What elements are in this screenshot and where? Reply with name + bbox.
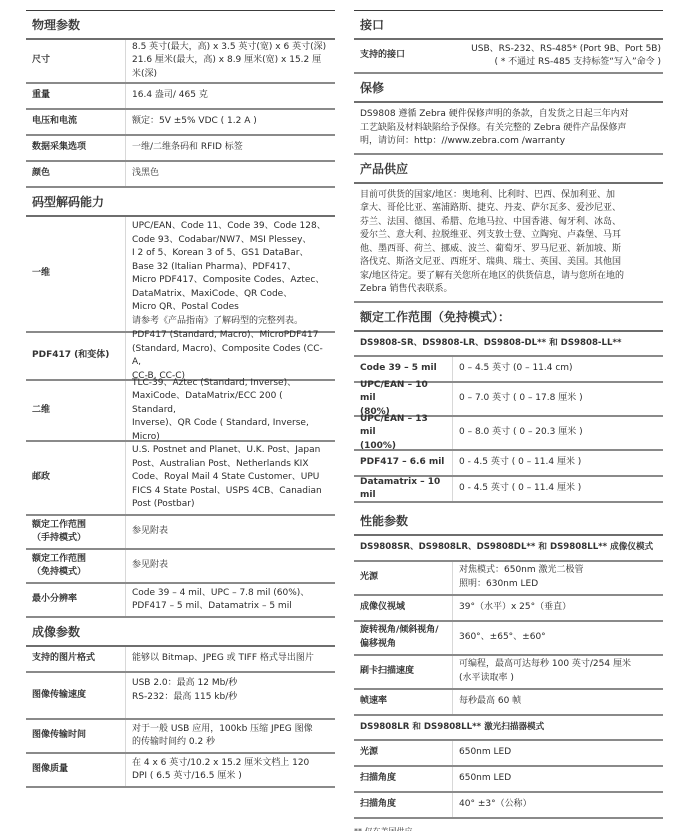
spec-row-interfaces: 支持的接口 USB、RS-232、RS-485* (Port 9B、Port 5… [354, 40, 663, 74]
spec-row-image-time: 图像传输时间 对于一般 USB 应用，100kb 压缩 JPEG 图像 的传输时… [26, 720, 335, 754]
value-line: 对于一般 USB 应用，100kb 压缩 JPEG 图像 [132, 723, 329, 737]
label-line: 偏移视角 [360, 638, 439, 652]
spec-label: 尺寸 [26, 40, 126, 82]
value-line: FICS 4 State Postal、USPS 4CB、Canadian [132, 485, 329, 499]
section-title-physical: 物理参数 [26, 10, 335, 40]
spec-value: UPC/EAN、Code 11、Code 39、Code 128、 Code 9… [126, 216, 335, 332]
value-line: 21.6 厘米(最大，高) x 8.9 厘米(宽) x 15.2 厘 [132, 54, 329, 68]
section-title-warranty: 保修 [354, 74, 663, 103]
label-line: （免持模式） [32, 566, 86, 580]
value-line: Post、Australian Post、Netherlands KIX [132, 458, 329, 472]
label-line: 额定工作范围 [32, 553, 86, 567]
value-line: 照明：630nm LED [459, 578, 657, 592]
spec-label: 邮政 [26, 442, 126, 514]
spec-value: 可编程，最高可达每秒 100 英寸/254 厘米 (水平读取率 ) [453, 654, 663, 689]
section-title-range: 额定工作范围（免持模式）： [354, 303, 663, 332]
perf-row: 扫描角度 650nm LED [354, 767, 663, 793]
spec-label: Code 39 – 5 mil [354, 357, 453, 381]
spec-label: 帧速率 [354, 690, 453, 714]
label-line: 旋转视角/倾斜视角/ [360, 624, 439, 638]
warranty-text: DS9808 遵循 Zebra 硬件保修声明的条款，自发货之日起三年内对 工艺缺… [354, 103, 663, 155]
perf-row: 扫描角度 40° ±3°（公称） [354, 793, 663, 819]
value-line: USB 2.0：最高 12 Mb/秒 [132, 677, 329, 691]
spec-row-range-handsfree: 额定工作范围 （免持模式） 参见附表 [26, 550, 335, 584]
value-line: TLC-39、Aztec (Standard, Inverse)、 [132, 377, 329, 391]
laser-mode-subhead: DS9808LR 和 DS9808LL** 激光扫描器模式 [354, 716, 663, 742]
spec-value: TLC-39、Aztec (Standard, Inverse)、 MaxiCo… [126, 373, 335, 449]
value-line: (水平读取率 ) [459, 672, 657, 686]
spec-value: U.S. Postnet and Planet、U.K. Post、Japan … [126, 440, 335, 516]
spec-label: UPC/EAN – 13 mil (100%) [354, 417, 453, 449]
spec-value: 8.5 英寸(最大，高) x 3.5 英寸(宽) x 6 英寸(深) 21.6 … [126, 37, 335, 86]
spec-value: 对于一般 USB 应用，100kb 压缩 JPEG 图像 的传输时间约 0.2 … [126, 719, 335, 754]
spec-value: USB、RS-232、RS-485* (Port 9B、Port 5B) ( *… [450, 39, 663, 74]
spec-label: 一维 [26, 217, 126, 331]
spec-value: 浅黑色 [126, 163, 335, 185]
spec-label: 支持的接口 [354, 40, 450, 72]
spec-label: 光源 [354, 741, 453, 765]
spec-label: 旋转视角/倾斜视角/ 偏移视角 [354, 622, 453, 654]
value-line: 对焦模式：650nm 激光二极管 [459, 564, 657, 578]
spec-value: 16.4 盎司/ 465 克 [126, 85, 335, 107]
value-line: 米(深) [132, 68, 329, 82]
spec-label: 数据采集选项 [26, 136, 126, 160]
spec-label: 扫描角度 [354, 793, 453, 817]
spec-row-data-capture: 数据采集选项 一维/二维条码和 RFID 标签 [26, 136, 335, 162]
value-line: Code 93、Codabar/NW7、MSI Plessey、 [132, 234, 329, 248]
spec-label: UPC/EAN – 10 mil (80%) [354, 383, 453, 415]
text-line: 家/地区待定。要了解有关您所在地区的供货信息，请与您所在地的 [360, 270, 657, 284]
spec-label: 电压和电流 [26, 110, 126, 134]
spec-label: 额定工作范围 （手持模式） [26, 516, 126, 548]
spec-value: 0 – 4.5 英寸 (0 – 11.4 cm) [453, 358, 663, 380]
value-line: USB、RS-232、RS-485* (Port 9B、Port 5B) [456, 43, 661, 57]
availability-text: 目前可供货的国家/地区：奥地利、比利时、巴西、保加利亚、加 拿大、哥伦比亚、塞浦… [354, 184, 663, 303]
spec-value: 在 4 x 6 英寸/10.2 x 15.2 厘米文档上 120 DPI ( 6… [126, 753, 335, 788]
label-line: UPC/EAN – 10 mil [360, 379, 446, 406]
spec-label: 图像质量 [26, 754, 126, 786]
section-title-availability: 产品供应 [354, 155, 663, 184]
spec-value: USB 2.0：最高 12 Mb/秒 RS-232：最高 115 kb/秒 [126, 673, 335, 708]
section-title-interface: 接口 [354, 10, 663, 40]
value-line: U.S. Postnet and Planet、U.K. Post、Japan [132, 444, 329, 458]
spec-value: 能够以 Bitmap、JPEG 或 TIFF 格式导出图片 [126, 648, 335, 670]
spec-value: 0 – 7.0 英寸 ( 0 – 17.8 厘米 ) [453, 388, 663, 410]
value-line: RS-232：最高 115 kb/秒 [132, 691, 329, 705]
spec-label: Datamatrix – 10 mil [354, 477, 453, 501]
value-line: UPC/EAN、Code 11、Code 39、Code 128、 [132, 220, 329, 234]
text-line: 拿大、哥伦比亚、塞浦路斯、捷克、丹麦、萨尔瓦多、爱沙尼亚、 [360, 202, 657, 216]
text-line: 芬兰、法国、德国、希腊、危地马拉、中国香港、匈牙利、冰岛、 [360, 216, 657, 230]
value-line: DataMatrix、MaxiCode、QR Code、 [132, 288, 329, 302]
perf-row: 刷卡扫描速度 可编程，最高可达每秒 100 英寸/254 厘米 (水平读取率 ) [354, 656, 663, 690]
spec-label: 成像仪视域 [354, 596, 453, 620]
value-line: Base 32 (Italian Pharma)、PDF417、 [132, 261, 329, 275]
spec-row-dimensions: 尺寸 8.5 英寸(最大，高) x 3.5 英寸(宽) x 6 英寸(深) 21… [26, 40, 335, 84]
spec-label: 图像传输时间 [26, 720, 126, 752]
spec-label: PDF417 (和变体) [26, 333, 126, 379]
value-line: I 2 of 5、Korean 3 of 5、GS1 DataBar、 [132, 247, 329, 261]
range-row: UPC/EAN – 13 mil (100%) 0 – 8.0 英寸 ( 0 –… [354, 417, 663, 451]
value-line: Micro PDF417、Composite Codes、Aztec、 [132, 274, 329, 288]
perf-row: 光源 对焦模式：650nm 激光二极管 照明：630nm LED [354, 562, 663, 596]
spec-value: 对焦模式：650nm 激光二极管 照明：630nm LED [453, 560, 663, 595]
value-line: Code、Royal Mail 4 State Customer、UPU [132, 471, 329, 485]
spec-label: 光源 [354, 562, 453, 594]
value-line: Code 39 – 4 mil、UPC – 7.8 mil (60%)、 [132, 587, 329, 601]
spec-label: 扫描角度 [354, 767, 453, 791]
spec-value: 650nm LED [453, 768, 663, 790]
text-line: 工艺缺陷及材料缺陷给予保修。有关完整的 Zebra 硬件产品保修声 [360, 122, 657, 136]
spec-label: 图像传输速度 [26, 673, 126, 718]
perf-row: 成像仪视域 39°（水平）x 25°（垂直） [354, 596, 663, 622]
spec-row-range-handheld: 额定工作范围 （手持模式） 参见附表 [26, 516, 335, 550]
spec-value: 40° ±3°（公称） [453, 794, 663, 816]
spec-label: 支持的图片格式 [26, 647, 126, 671]
spec-value: 参见附表 [126, 555, 335, 577]
text-line: 他、墨西哥、荷兰、挪威、波兰、葡萄牙、罗马尼亚、新加坡、斯 [360, 243, 657, 257]
spec-value: 每秒最高 60 帧 [453, 691, 663, 713]
value-line: 的传输时间约 0.2 秒 [132, 736, 329, 750]
spec-value: Code 39 – 4 mil、UPC – 7.8 mil (60%)、 PDF… [126, 583, 335, 618]
label-line: UPC/EAN – 13 mil [360, 413, 446, 440]
right-column: 接口 支持的接口 USB、RS-232、RS-485* (Port 9B、Por… [354, 10, 663, 831]
spec-label: 最小分辨率 [26, 584, 126, 616]
imager-mode-subhead: DS9808SR、DS9808LR、DS9808DL** 和 DS9808LL*… [354, 536, 663, 562]
spec-value: 39°（水平）x 25°（垂直） [453, 597, 663, 619]
text-line: Zebra 销售代表联系。 [360, 283, 657, 297]
value-line: PDF417 – 5 mil、Datamatrix – 5 mil [132, 600, 329, 614]
section-title-symbology: 码型解码能力 [26, 188, 335, 217]
left-column: 物理参数 尺寸 8.5 英寸(最大，高) x 3.5 英寸(宽) x 6 英寸(… [26, 10, 335, 788]
spec-value: 参见附表 [126, 521, 335, 543]
spec-label: PDF417 – 6.6 mil [354, 451, 453, 475]
spec-value: 650nm LED [453, 742, 663, 764]
perf-row: 光源 650nm LED [354, 741, 663, 767]
spec-label: 刷卡扫描速度 [354, 656, 453, 688]
spec-value: 额定：5V ±5% VDC ( 1.2 A ) [126, 111, 335, 133]
spec-value: 360°、±65°、±60° [453, 627, 663, 649]
spec-row-color: 颜色 浅黑色 [26, 162, 335, 188]
section-title-performance: 性能参数 [354, 507, 663, 536]
perf-row: 帧速率 每秒最高 60 帧 [354, 690, 663, 716]
spec-value: 0 - 4.5 英寸 ( 0 – 11.4 厘米 ) [453, 452, 663, 474]
spec-label: 颜色 [26, 162, 126, 186]
value-line: (Standard, Macro)、Composite Codes (CC-A, [132, 343, 329, 370]
value-line: 可编程，最高可达每秒 100 英寸/254 厘米 [459, 658, 657, 672]
perf-row: 旋转视角/倾斜视角/ 偏移视角 360°、±65°、±60° [354, 622, 663, 656]
text-line: DS9808 遵循 Zebra 硬件保修声明的条款，自发货之日起三年内对 [360, 108, 657, 122]
range-row: Datamatrix – 10 mil 0 - 4.5 英寸 ( 0 – 11.… [354, 477, 663, 503]
value-line: DPI ( 6.5 英寸/16.5 厘米 ) [132, 770, 329, 784]
spec-value: 一维/二维条码和 RFID 标签 [126, 137, 335, 159]
spec-row-image-format: 支持的图片格式 能够以 Bitmap、JPEG 或 TIFF 格式导出图片 [26, 647, 335, 673]
text-line: 洛伐克、斯洛文尼亚、西班牙、瑞典、瑞士、英国、美国。其他国 [360, 256, 657, 270]
spec-row-2d: 二维 TLC-39、Aztec (Standard, Inverse)、 Max… [26, 381, 335, 442]
spec-value: 0 – 8.0 英寸 ( 0 – 20.3 厘米 ) [453, 422, 663, 444]
value-line: Post (Postbar) [132, 498, 329, 512]
value-line: PDF417 (Standard, Macro)、MicroPDF417 [132, 329, 329, 343]
text-line: 明，请访问：http：//www.zebra.com /warranty [360, 135, 657, 149]
spec-value: 0 - 4.5 英寸 ( 0 – 11.4 厘米 ) [453, 478, 663, 500]
value-line: 8.5 英寸(最大，高) x 3.5 英寸(宽) x 6 英寸(深) [132, 41, 329, 55]
label-line: 额定工作范围 [32, 519, 86, 533]
value-line: Inverse)、QR Code ( Standard, Inverse, [132, 417, 329, 431]
text-line: 目前可供货的国家/地区：奥地利、比利时、巴西、保加利亚、加 [360, 189, 657, 203]
value-line: Micro QR、Postal Codes [132, 301, 329, 315]
value-line: ( * 不通过 RS-485 支持标签“写入”命令 ) [456, 56, 661, 70]
spec-row-1d: 一维 UPC/EAN、Code 11、Code 39、Code 128、 Cod… [26, 217, 335, 333]
value-line: 在 4 x 6 英寸/10.2 x 15.2 厘米文档上 120 [132, 757, 329, 771]
spec-row-postal: 邮政 U.S. Postnet and Planet、U.K. Post、Jap… [26, 442, 335, 516]
section-title-imaging: 成像参数 [26, 618, 335, 647]
spec-row-min-resolution: 最小分辨率 Code 39 – 4 mil、UPC – 7.8 mil (60%… [26, 584, 335, 618]
label-line: （手持模式） [32, 532, 86, 546]
spec-row-voltage: 电压和电流 额定：5V ±5% VDC ( 1.2 A ) [26, 110, 335, 136]
spec-label: 额定工作范围 （免持模式） [26, 550, 126, 582]
spec-label: 二维 [26, 381, 126, 440]
footnote: ** 仅在美国供应。 [354, 819, 663, 831]
text-line: 爱尔兰、意大利、拉脱维亚、列支敦士登、立陶宛、卢森堡、马耳 [360, 229, 657, 243]
spec-row-image-quality: 图像质量 在 4 x 6 英寸/10.2 x 15.2 厘米文档上 120 DP… [26, 754, 335, 788]
value-line: MaxiCode、DataMatrix/ECC 200 ( Standard, [132, 390, 329, 417]
spec-row-image-speed: 图像传输速度 USB 2.0：最高 12 Mb/秒 RS-232：最高 115 … [26, 673, 335, 720]
spec-row-weight: 重量 16.4 盎司/ 465 克 [26, 84, 335, 110]
spec-label: 重量 [26, 84, 126, 108]
range-models-subhead: DS9808-SR、DS9808-LR、DS9808-DL** 和 DS9808… [354, 332, 663, 358]
range-row: PDF417 – 6.6 mil 0 - 4.5 英寸 ( 0 – 11.4 厘… [354, 451, 663, 477]
